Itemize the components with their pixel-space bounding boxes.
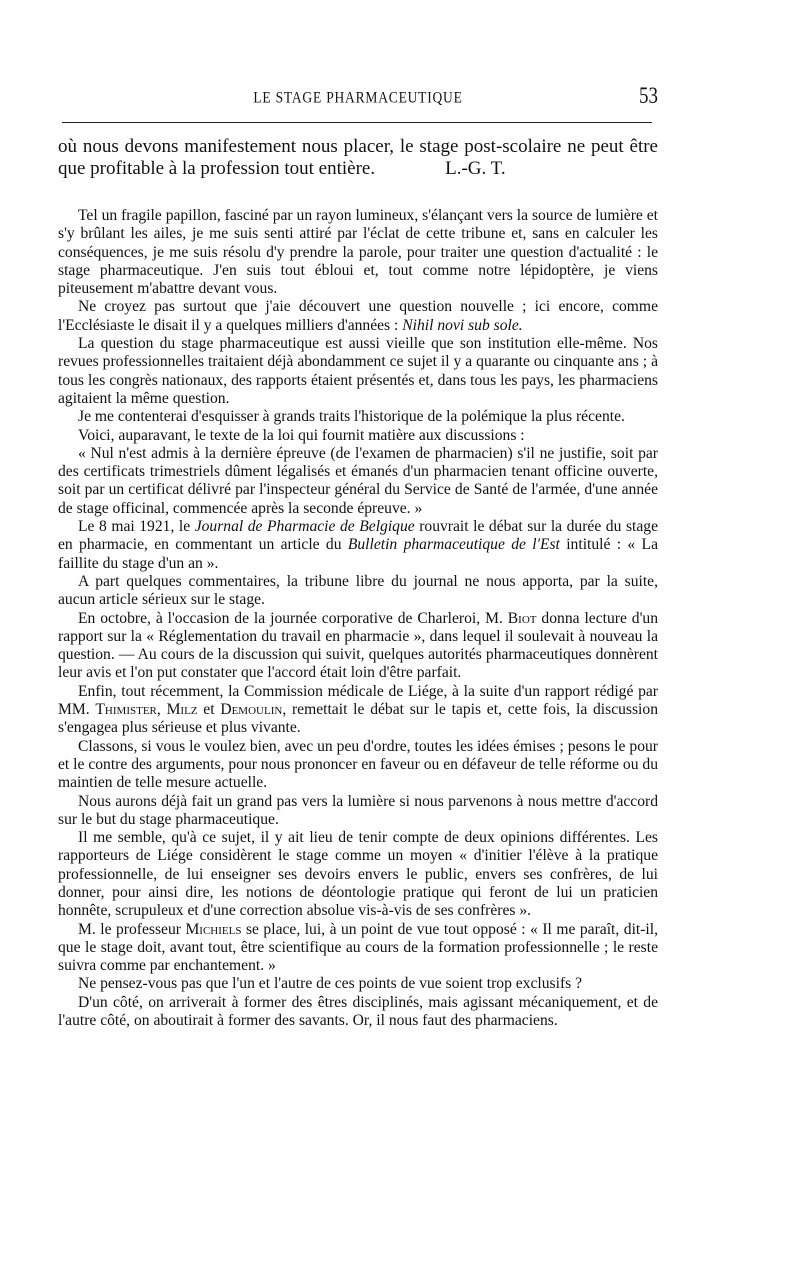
paragraph: M. le professeur Michiels se place, lui,… [58,921,658,976]
paragraph: En octobre, à l'occasion de la journée c… [58,610,658,683]
paragraph: Nous aurons déjà fait un grand pas vers … [58,793,658,830]
paragraph: Voici, auparavant, le texte de la loi qu… [58,427,658,445]
article-body: Tel un fragile papillon, fasciné par un … [58,207,658,1030]
running-title: LE STAGE PHARMACEUTIQUE [62,89,654,107]
person-name: Thimister [95,701,156,718]
header-rule [62,122,652,123]
person-name: Demoulin [220,701,282,718]
latin-quote: Nihil novi sub sole. [402,317,522,334]
paragraph: Ne croyez pas surtout que j'aie découver… [58,298,658,335]
previous-article-text: où nous devons manifestement nous placer… [58,136,658,180]
paragraph: D'un côté, on arriverait à former des êt… [58,994,658,1031]
law-quote: « Nul n'est admis à la dernière épreuve … [58,445,658,518]
paragraph: Enfin, tout récemment, la Commission méd… [58,683,658,738]
signature: L.-G. T. [445,158,506,180]
paragraph: La question du stage pharmaceutique est … [58,335,658,408]
paragraph: Tel un fragile papillon, fasciné par un … [58,207,658,298]
journal-title: Journal de Pharmacie de Belgique [195,518,415,535]
bulletin-title: Bulletin pharmaceutique de l'Est [348,536,560,553]
paragraph: Le 8 mai 1921, le Journal de Pharmacie d… [58,518,658,573]
person-name: Milz [167,701,198,718]
page-header: LE STAGE PHARMACEUTIQUE 53 [62,84,654,114]
person-name: Biot [508,610,537,627]
paragraph: Je me contenterai d'esquisser à grands t… [58,408,658,426]
paragraph: Classons, si vous le voulez bien, avec u… [58,738,658,793]
page-number: 53 [639,84,658,110]
paragraph: Ne pensez-vous pas que l'un et l'autre d… [58,975,658,993]
previous-article-end: où nous devons manifestement nous placer… [58,136,658,180]
paragraph: A part quelques commentaires, la tribune… [58,573,658,610]
paragraph: Il me semble, qu'à ce sujet, il y ait li… [58,829,658,920]
person-name: Michiels [185,921,241,938]
